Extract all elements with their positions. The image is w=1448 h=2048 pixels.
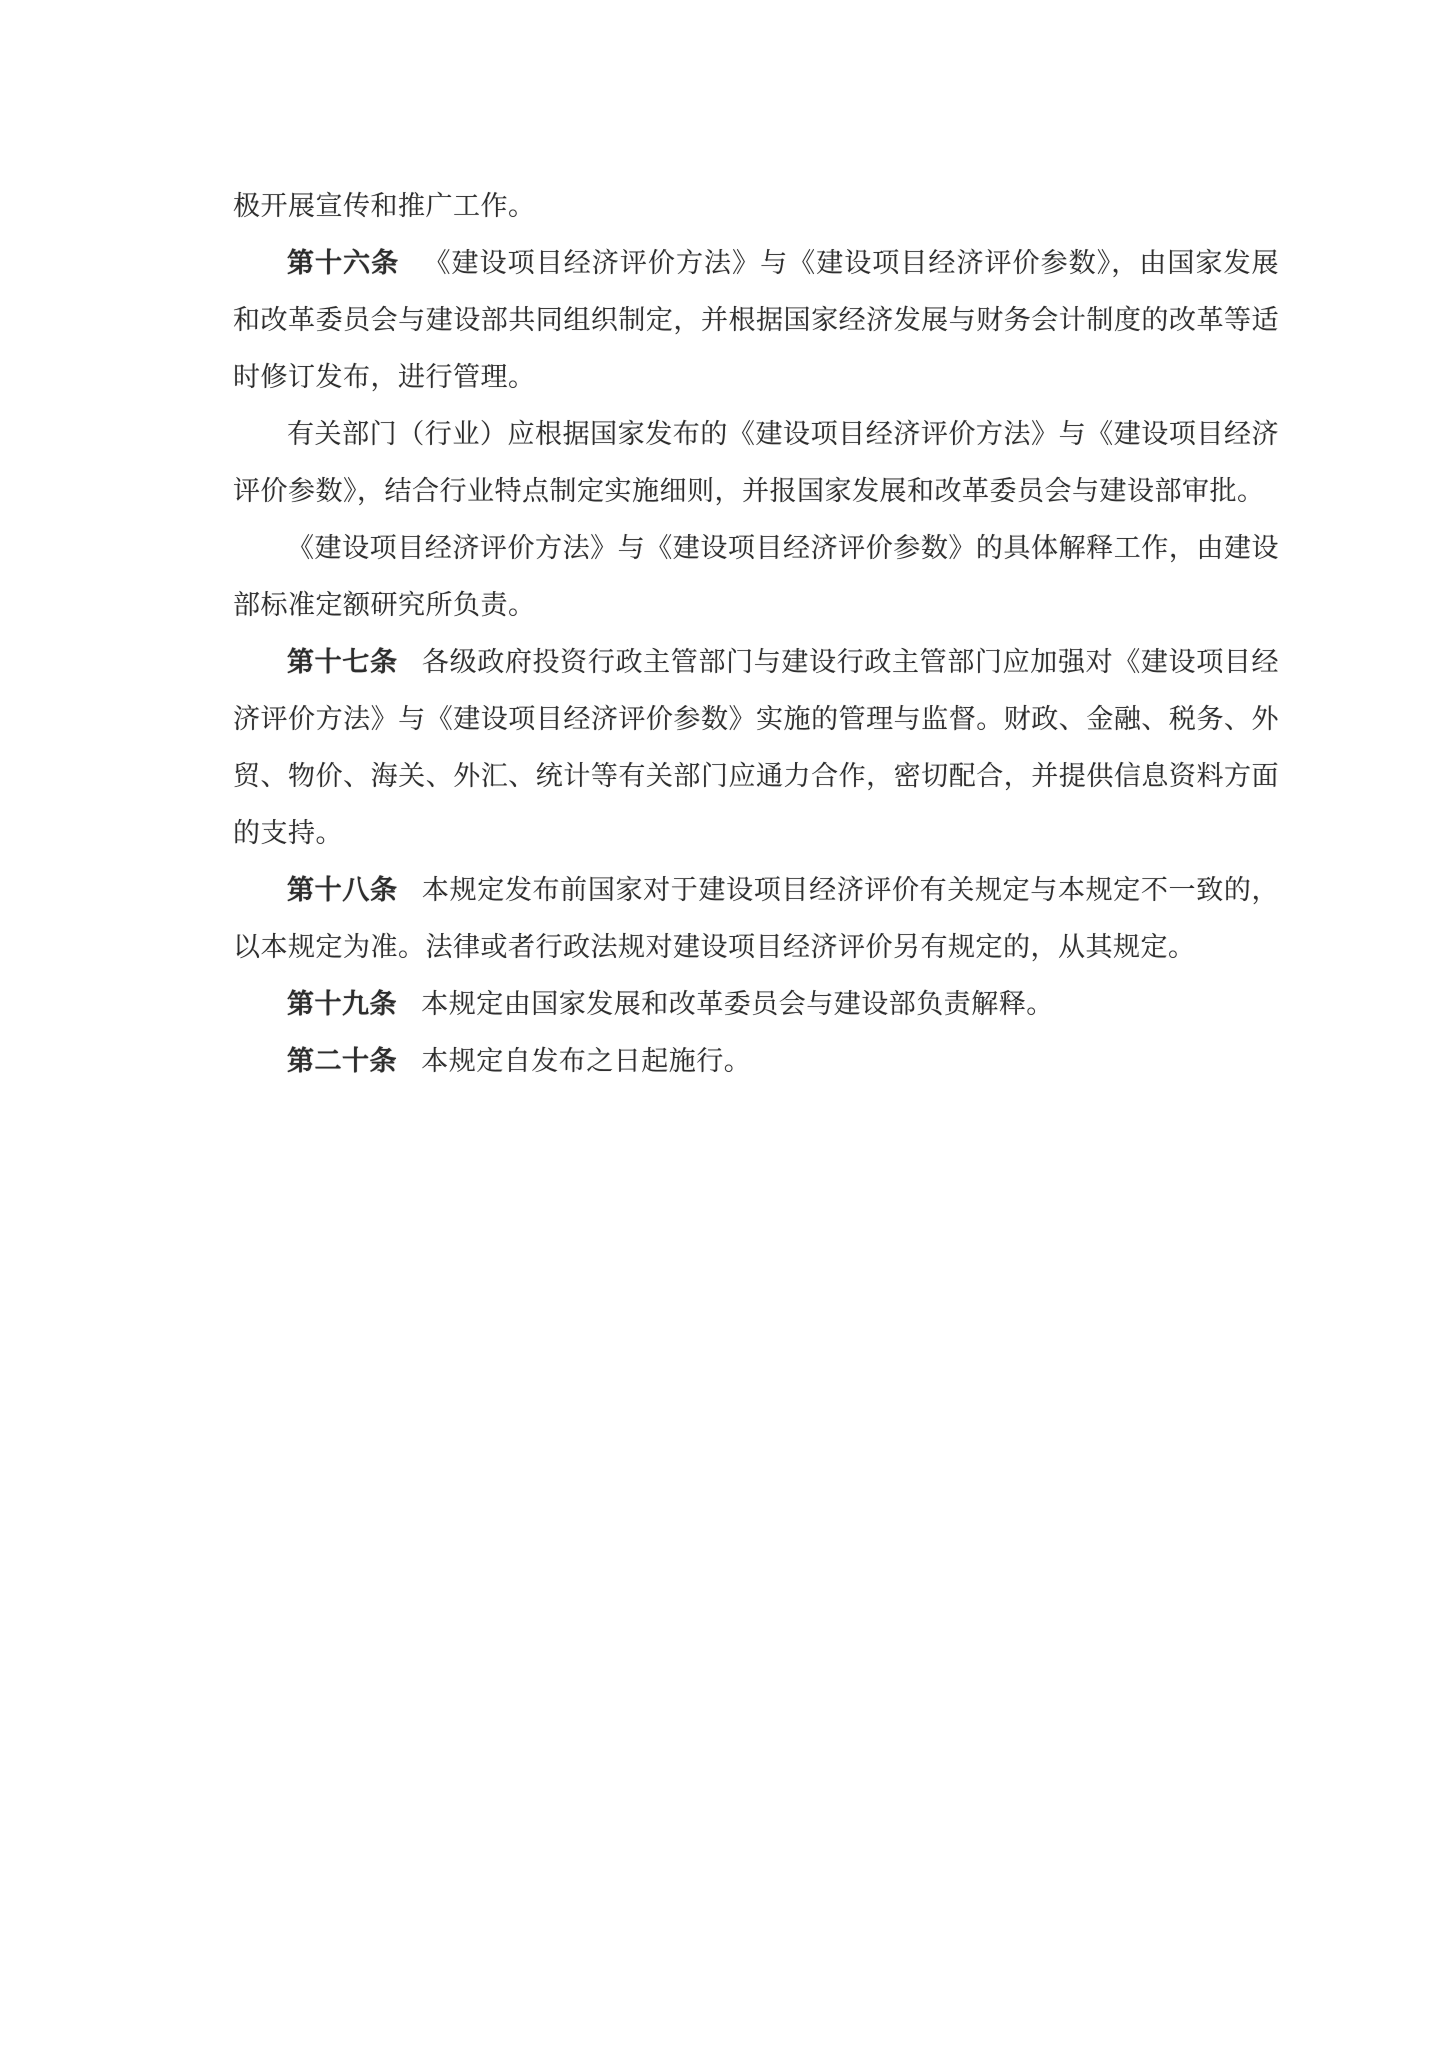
article-17-label: 第十七条 (287, 647, 398, 677)
paragraph-article-19: 第十九条本规定由国家发展和改革委员会与建设部负责解释。 (233, 976, 1279, 1033)
paragraph-continuation: 极开展宣传和推广工作。 (233, 178, 1279, 235)
paragraph-article-20: 第二十条本规定自发布之日起施行。 (233, 1033, 1279, 1090)
article-18-label: 第十八条 (287, 875, 398, 905)
interpretation-responsibility-text: 《建设项目经济评价方法》与《建设项目经济评价参数》的具体解释工作，由建设部标准定… (233, 533, 1279, 620)
paragraph-article-16: 第十六条《建设项目经济评价方法》与《建设项目经济评价参数》，由国家发展和改革委员… (233, 235, 1279, 406)
paragraph-article-18: 第十八条本规定发布前国家对于建设项目经济评价有关规定与本规定不一致的，以本规定为… (233, 862, 1279, 976)
paragraph-related-departments: 有关部门（行业）应根据国家发布的《建设项目经济评价方法》与《建设项目经济评价参数… (233, 406, 1279, 520)
article-16-label: 第十六条 (287, 248, 399, 278)
paragraph-interpretation-responsibility: 《建设项目经济评价方法》与《建设项目经济评价参数》的具体解释工作，由建设部标准定… (233, 520, 1279, 634)
scanned-document-page: 极开展宣传和推广工作。 第十六条《建设项目经济评价方法》与《建设项目经济评价参数… (0, 0, 1448, 2048)
document-body: 极开展宣传和推广工作。 第十六条《建设项目经济评价方法》与《建设项目经济评价参数… (233, 178, 1279, 1090)
article-17-text: 各级政府投资行政主管部门与建设行政主管部门应加强对《建设项目经济评价方法》与《建… (233, 647, 1279, 848)
paragraph-article-17: 第十七条各级政府投资行政主管部门与建设行政主管部门应加强对《建设项目经济评价方法… (233, 634, 1279, 862)
related-departments-text: 有关部门（行业）应根据国家发布的《建设项目经济评价方法》与《建设项目经济评价参数… (233, 419, 1279, 506)
article-19-label: 第十九条 (287, 989, 397, 1019)
article-19-text: 本规定由国家发展和改革委员会与建设部负责解释。 (421, 989, 1054, 1019)
article-20-text: 本规定自发布之日起施行。 (421, 1046, 751, 1076)
article-20-label: 第二十条 (287, 1046, 397, 1076)
